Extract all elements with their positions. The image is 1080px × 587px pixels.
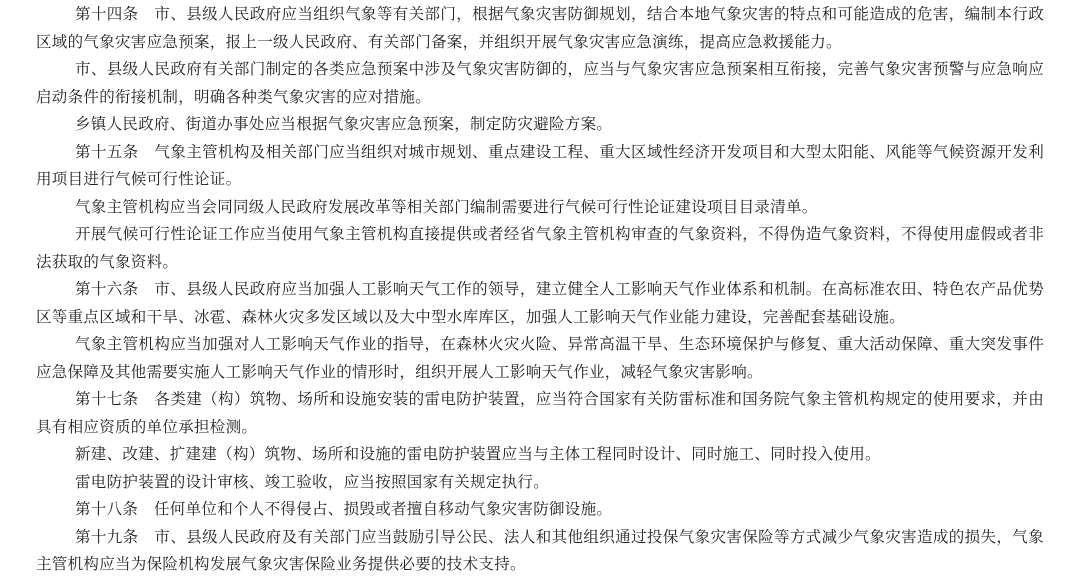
paragraph: 第十八条 任何单位和个人不得侵占、损毁或者擅自移动气象灾害防御设施。	[36, 496, 1044, 524]
paragraph: 乡镇人民政府、街道办事处应当根据气象灾害应急预案，制定防灾避险方案。	[36, 111, 1044, 139]
paragraph: 气象主管机构应当加强对人工影响天气作业的指导，在森林火灾火险、异常高温干旱、生态…	[36, 331, 1044, 386]
paragraph: 第十五条 气象主管机构及相关部门应当组织对城市规划、重点建设工程、重大区域性经济…	[36, 139, 1044, 194]
paragraph: 气象主管机构应当会同同级人民政府发展改革等相关部门编制需要进行气候可行性论证建设…	[36, 194, 1044, 222]
paragraph: 市、县级人民政府有关部门制定的各类应急预案中涉及气象灾害防御的，应当与气象灾害应…	[36, 56, 1044, 111]
paragraph: 第十七条 各类建（构）筑物、场所和设施安装的雷电防护装置，应当符合国家有关防雷标…	[36, 386, 1044, 441]
paragraph: 开展气候可行性论证工作应当使用气象主管机构直接提供或者经省气象主管机构审查的气象…	[36, 221, 1044, 276]
paragraph: 新建、改建、扩建建（构）筑物、场所和设施的雷电防护装置应当与主体工程同时设计、同…	[36, 441, 1044, 469]
paragraph: 雷电防护装置的设计审核、竣工验收，应当按照国家有关规定执行。	[36, 469, 1044, 497]
paragraph: 第十九条 市、县级人民政府及有关部门应当鼓励引导公民、法人和其他组织通过投保气象…	[36, 524, 1044, 579]
paragraph: 第十六条 市、县级人民政府应当加强人工影响天气工作的领导，建立健全人工影响天气作…	[36, 276, 1044, 331]
regulation-text-body: 第十四条 市、县级人民政府应当组织气象等有关部门，根据气象灾害防御规划，结合本地…	[36, 1, 1044, 579]
paragraph: 第十四条 市、县级人民政府应当组织气象等有关部门，根据气象灾害防御规划，结合本地…	[36, 1, 1044, 56]
document-page: 第十四条 市、县级人民政府应当组织气象等有关部门，根据气象灾害防御规划，结合本地…	[0, 0, 1080, 587]
